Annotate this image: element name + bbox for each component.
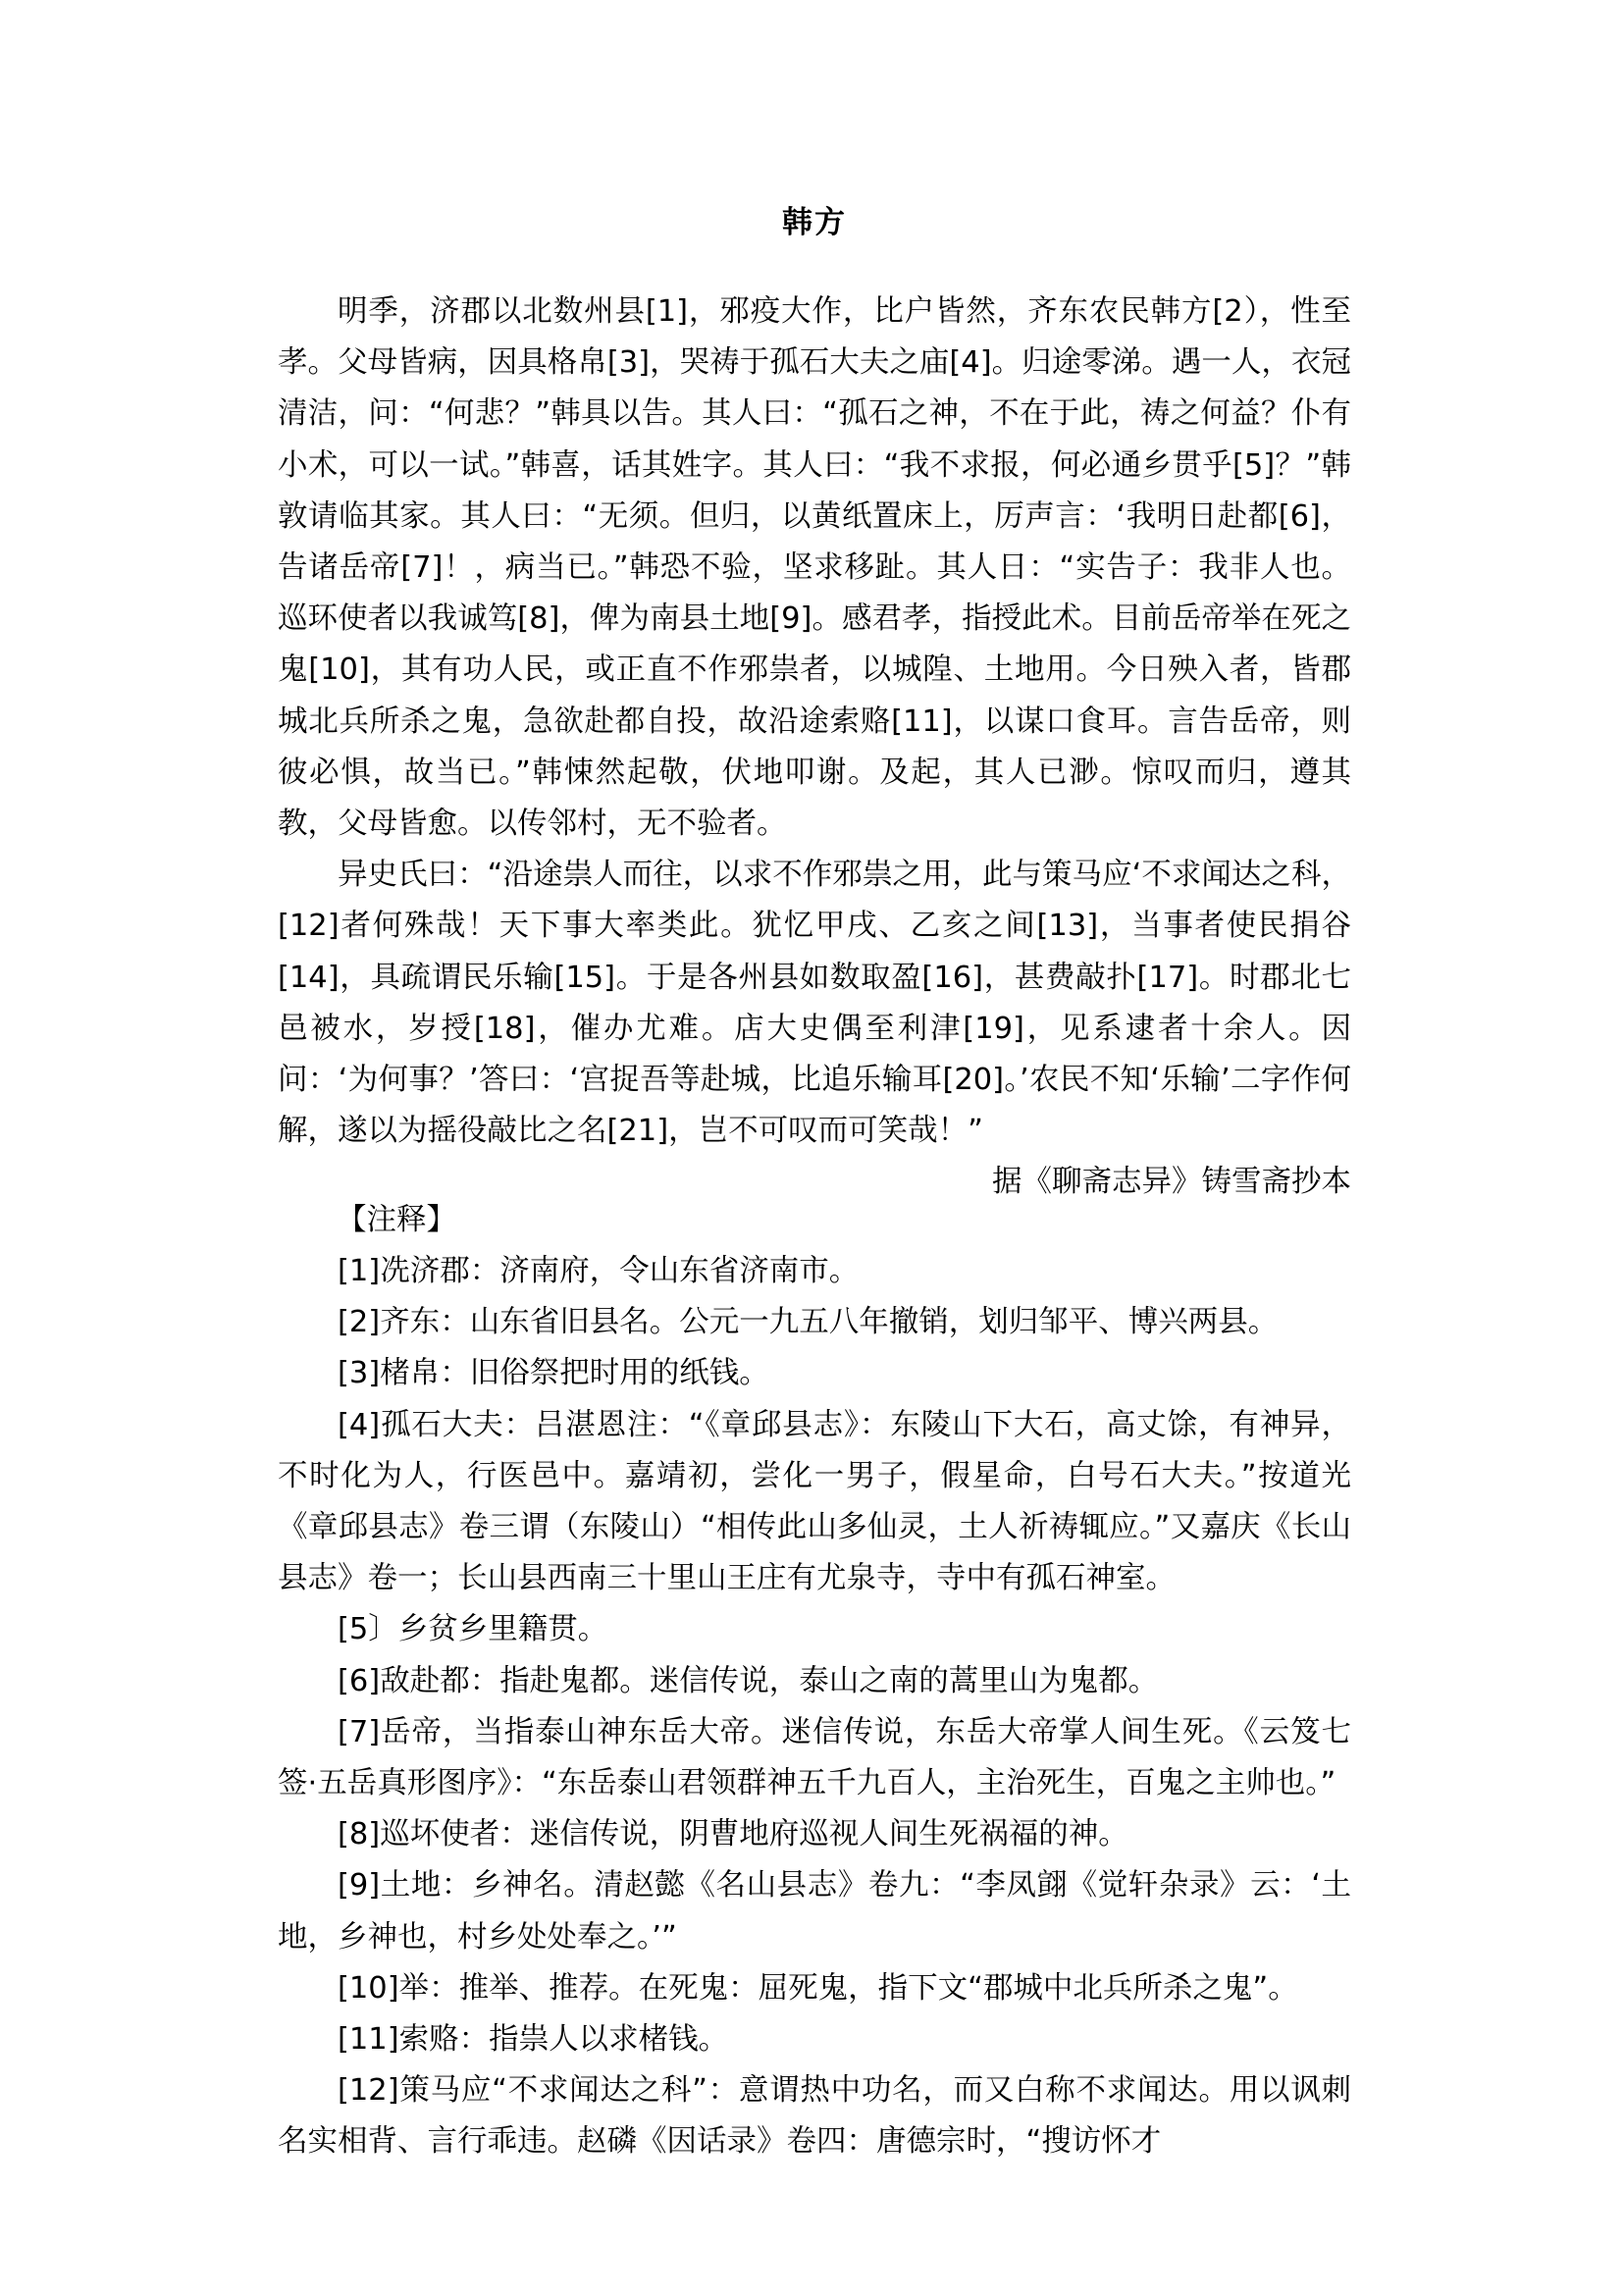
document-title: 韩方 [278,201,1351,244]
note-item: [1]冼济郡：济南府，令山东省济南市。 [278,1246,1351,1297]
commentary-paragraph: 异史氏曰：“沿途祟人而往，以求不作邪祟之用，此与策马应‘不求闻达之科，[12]者… [278,850,1351,1157]
note-item: [6]敌赴都：指赴鬼都。迷信传说，泰山之南的蒿里山为鬼都。 [278,1656,1351,1707]
note-item: [9]土地：乡神名。清赵懿《名山县志》卷九：“李凤翧《觉轩杂录》云：‘土地，乡神… [278,1860,1351,1962]
note-item: [4]孤石大夫：吕湛恩注：“《章邱县志》：东陵山下大石，高丈馀，有神异，不时化为… [278,1400,1351,1605]
note-item: [3]楮帛：旧俗祭把时用的纸钱。 [278,1348,1351,1399]
note-item: [2]齐东：山东省旧县名。公元一九五八年撤销，划归邹平、博兴两县。 [278,1297,1351,1348]
story-body: 明季，济郡以北数州县[1]，邪疫大作，比户皆然，齐东农民韩方[2），性至孝。父母… [278,287,1351,1209]
note-item: [8]巡坏使者：迷信传说，阴曹地府巡视人间生死祸福的神。 [278,1809,1351,1860]
story-paragraph: 明季，济郡以北数州县[1]，邪疫大作，比户皆然，齐东农民韩方[2），性至孝。父母… [278,287,1351,850]
note-item: [12]策马应“不求闻达之科”：意谓热中功名，而又白称不求闻达。用以讽刺名实相背… [278,2065,1351,2167]
notes-heading: 【注释】 [337,1195,1351,1246]
note-item: [7]岳帝，当指泰山神东岳大帝。迷信传说，东岳大帝掌人间生死。《云笈七签·五岳真… [278,1707,1351,1809]
notes-section: 【注释】 [1]冼济郡：济南府，令山东省济南市。 [2]齐东：山东省旧县名。公元… [278,1195,1351,2168]
note-item: [5〕乡贫乡里籍贯。 [278,1604,1351,1655]
note-item: [11]索赂：指祟人以求楮钱。 [278,2014,1351,2065]
note-item: [10]举：推举、推荐。在死鬼：屈死鬼，指下文“郡城中北兵所杀之鬼”。 [278,1963,1351,2014]
